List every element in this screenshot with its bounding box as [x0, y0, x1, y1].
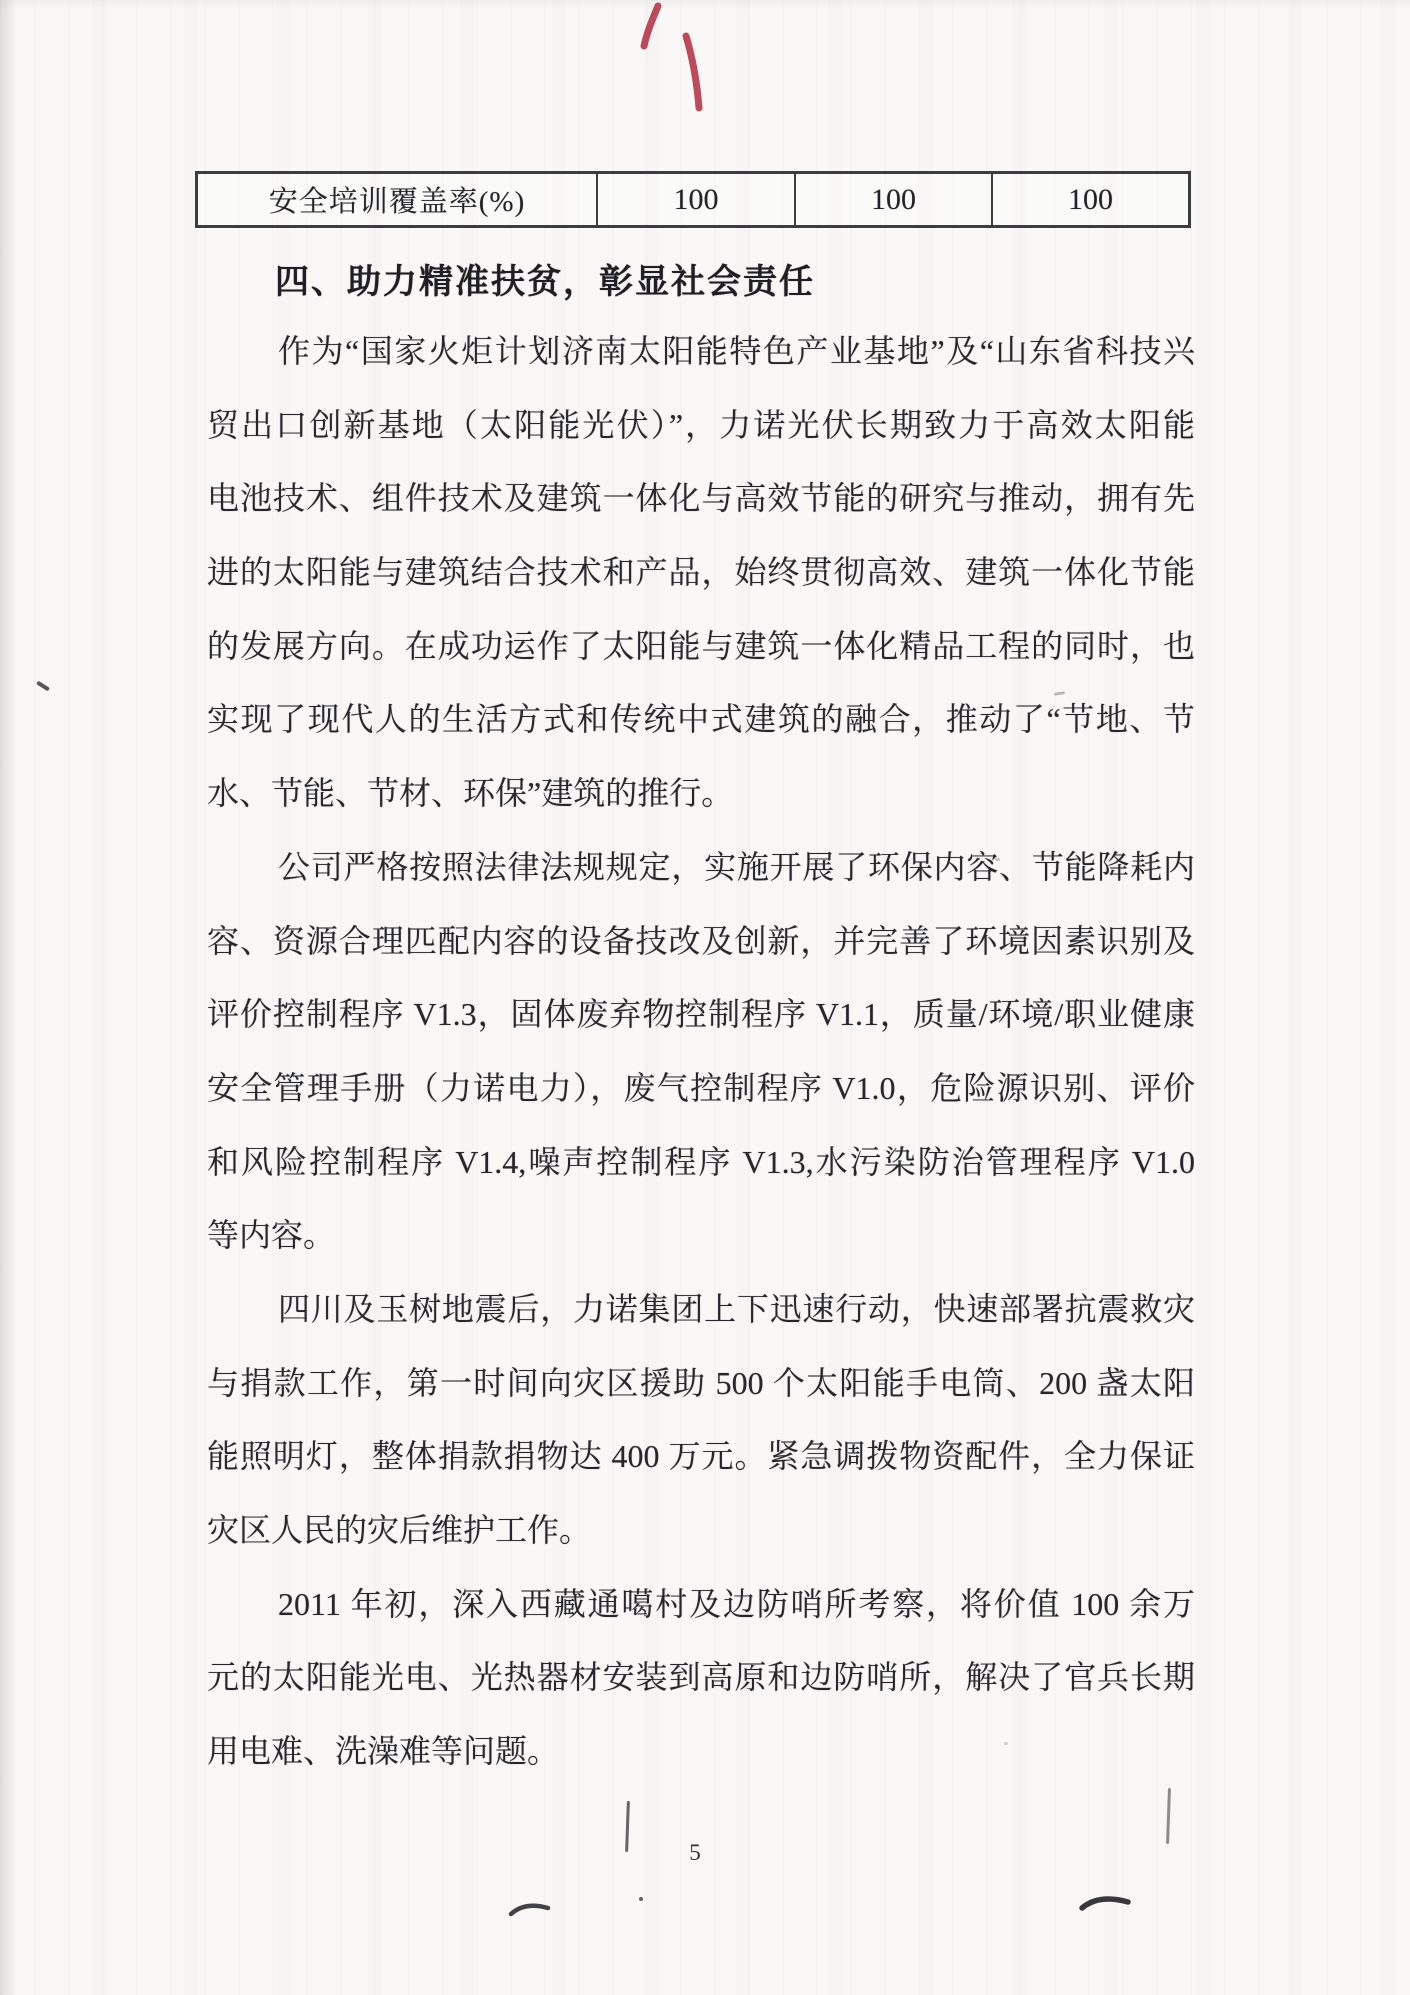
- paragraph-line: 评价控制程序 V1.3，固体废弃物控制程序 V1.1，质量/环境/职业健康: [207, 978, 1195, 1052]
- pen-dot-mark: [639, 1897, 643, 1901]
- paragraph-line: 公司严格按照法律法规规定，实施开展了环保内容、节能降耗内: [207, 831, 1195, 905]
- paragraph-line: 用电难、洗澡难等问题。: [207, 1715, 1195, 1789]
- paragraph-line: 的发展方向。在成功运作了太阳能与建筑一体化精品工程的同时，也: [207, 610, 1195, 684]
- paragraph-line: 元的太阳能光电、光热器材安装到高原和边防哨所，解决了官兵长期: [207, 1641, 1195, 1715]
- paragraph-line: 能照明灯，整体捐款捐物达 400 万元。紧急调拨物资配件，全力保证: [207, 1420, 1195, 1494]
- paragraph-line: 和风险控制程序 V1.4,噪声控制程序 V1.3,水污染防治管理程序 V1.0: [207, 1126, 1195, 1200]
- scanned-document-page: 安全培训覆盖率(%) 100 100 100 四、助力精准扶贫，彰显社会责任 作…: [0, 0, 1410, 1995]
- scan-speck: [1004, 1742, 1008, 1745]
- paragraph-line: 进的太阳能与建筑结合技术和产品，始终贯彻高效、建筑一体化节能: [207, 536, 1195, 610]
- scan-speck: [995, 858, 1000, 861]
- body-paragraphs: 作为“国家火炬计划济南太阳能特色产业基地”及“山东省科技兴贸出口创新基地（太阳能…: [207, 315, 1195, 1789]
- margin-tick-mark: [36, 681, 50, 692]
- table-cell-value: 100: [596, 174, 794, 225]
- paragraph-line: 安全管理手册（力诺电力），废气控制程序 V1.0，危险源识别、评价: [207, 1052, 1195, 1126]
- paragraph-line: 容、资源合理匹配内容的设备技改及创新，并完善了环境因素识别及: [207, 905, 1195, 979]
- paragraph-line: 作为“国家火炬计划济南太阳能特色产业基地”及“山东省科技兴: [207, 315, 1195, 389]
- table-cell-value: 100: [794, 174, 991, 225]
- pen-tick-mark: [1166, 1788, 1171, 1844]
- pen-dash-mark-icon: [508, 1900, 556, 1924]
- paragraph-line: 实现了现代人的生活方式和传统中式建筑的融合，推动了“节地、节: [207, 683, 1195, 757]
- section-heading: 四、助力精准扶贫，彰显社会责任: [275, 254, 815, 303]
- paragraph-line: 水、节能、节材、环保”建筑的推行。: [207, 757, 1195, 831]
- paragraph-line: 等内容。: [207, 1199, 1195, 1273]
- paragraph-line: 与捐款工作，第一时间向灾区援助 500 个太阳能手电筒、200 盏太阳: [207, 1347, 1195, 1421]
- table-cell-value: 100: [991, 174, 1188, 225]
- pen-dash-mark-icon: [1078, 1892, 1134, 1918]
- red-pen-mark-icon: [620, 0, 740, 130]
- paragraph-line: 电池技术、组件技术及建筑一体化与高效节能的研究与推动，拥有先: [207, 462, 1195, 536]
- pen-tick-mark: [625, 1801, 630, 1852]
- paragraph-line: 四川及玉树地震后，力诺集团上下迅速行动，快速部署抗震救灾: [207, 1273, 1195, 1347]
- paragraph-line: 灾区人民的灾后维护工作。: [207, 1494, 1195, 1568]
- paragraph-line: 贸出口创新基地（太阳能光伏）”，力诺光伏长期致力于高效太阳能: [207, 389, 1195, 463]
- page-number: 5: [660, 1840, 730, 1866]
- safety-training-table: 安全培训覆盖率(%) 100 100 100: [195, 171, 1191, 228]
- table-cell-label: 安全培训覆盖率(%): [198, 174, 596, 225]
- paragraph-line: 2011 年初，深入西藏通噶村及边防哨所考察，将价值 100 余万: [207, 1568, 1195, 1642]
